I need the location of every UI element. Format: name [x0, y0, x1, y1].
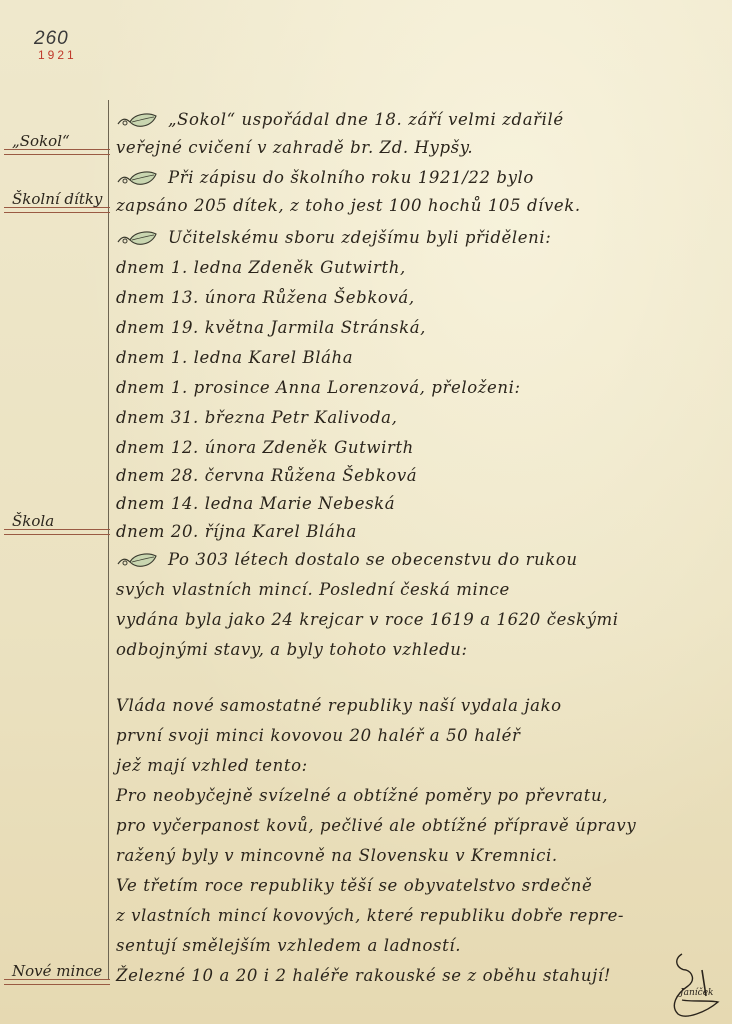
- entry-text: veřejné cvičení v zahradě br. Zd. Hypšy.: [116, 138, 473, 157]
- entry-text: jež mají vzhled tento:: [116, 756, 308, 775]
- entry-text: dnem 1. prosince Anna Lorenzová, přelože…: [116, 378, 521, 397]
- entry-line: Vláda nové samostatné republiky naší vyd…: [116, 696, 562, 715]
- entry-text: sentují smělejším vzhledem a ladností.: [116, 936, 461, 955]
- entry-text: dnem 12. února Zdeněk Gutwirth: [116, 438, 414, 457]
- entry-text: ražený byly v mincovně na Slovensku v Kr…: [116, 846, 558, 865]
- entry-line: dnem 12. února Zdeněk Gutwirth: [116, 438, 414, 457]
- page-number: 260: [34, 28, 69, 50]
- entry-line: „Sokol“ uspořádal dne 18. září velmi zda…: [116, 110, 564, 130]
- entry-line: dnem 20. října Karel Bláha: [116, 522, 357, 541]
- entry-text: Pro neobyčejně svízelné a obtížné poměry…: [116, 786, 608, 805]
- year-stamp: 1921: [38, 48, 77, 62]
- entry-text: vydána byla jako 24 krejcar v roce 1619 …: [116, 610, 619, 629]
- entry-text: Po 303 létech dostalo se obecenstvu do r…: [168, 550, 578, 569]
- entry-text: dnem 31. března Petr Kalivoda,: [116, 408, 397, 427]
- entry-line: ražený byly v mincovně na Slovensku v Kr…: [116, 846, 558, 865]
- margin-label-sokol: „Sokol“: [4, 132, 108, 150]
- entry-line: vydána byla jako 24 krejcar v roce 1619 …: [116, 610, 619, 629]
- margin-label-skolni-ditky: Školní dítky: [4, 190, 108, 208]
- margin-label-text: Nové mince: [12, 962, 102, 980]
- margin-label-text: Škola: [12, 512, 54, 530]
- entry-line: odbojnými stavy, a byly tohoto vzhledu:: [116, 640, 468, 659]
- entry-line: dnem 1. prosince Anna Lorenzová, přelože…: [116, 378, 521, 397]
- entry-text: dnem 19. května Jarmila Stránská,: [116, 318, 426, 337]
- entry-line: dnem 31. března Petr Kalivoda,: [116, 408, 397, 427]
- entry-line: Ve třetím roce republiky těší se obyvate…: [116, 876, 592, 895]
- entry-line: dnem 14. ledna Marie Nebeská: [116, 494, 395, 513]
- margin-rule: [108, 100, 109, 980]
- margin-label-skola: Škola: [4, 512, 108, 530]
- leaf-ornament-icon: [116, 170, 160, 188]
- entry-text: pro vyčerpanost kovů, pečlivé ale obtížn…: [116, 816, 636, 835]
- entry-text: dnem 1. ledna Zdeněk Gutwirth,: [116, 258, 406, 277]
- entry-text: dnem 13. února Růžena Šebková,: [116, 288, 415, 307]
- entry-text: svých vlastních mincí. Poslední česká mi…: [116, 580, 510, 599]
- entry-text: Učitelskému sboru zdejšímu byli přidělen…: [168, 228, 551, 247]
- entry-line: dnem 1. ledna Karel Bláha: [116, 348, 353, 367]
- entry-line: první svoji minci kovovou 20 haléř a 50 …: [116, 726, 521, 745]
- entry-line: svých vlastních mincí. Poslední česká mi…: [116, 580, 510, 599]
- leaf-ornament-icon: [116, 112, 160, 130]
- entry-line: Učitelskému sboru zdejšímu byli přidělen…: [116, 228, 551, 248]
- entry-line: dnem 1. ledna Zdeněk Gutwirth,: [116, 258, 406, 277]
- entry-line: Při zápisu do školního roku 1921/22 bylo: [116, 168, 534, 188]
- entry-line: veřejné cvičení v zahradě br. Zd. Hypšy.: [116, 138, 473, 157]
- signature: Janíček: [662, 950, 726, 1023]
- entry-line: Po 303 létech dostalo se obecenstvu do r…: [116, 550, 578, 570]
- leaf-ornament-icon: [116, 230, 160, 248]
- entry-line: sentují smělejším vzhledem a ladností.: [116, 936, 461, 955]
- double-rule: [4, 207, 110, 213]
- entry-text: Vláda nové samostatné republiky naší vyd…: [116, 696, 562, 715]
- margin-label-text: „Sokol“: [12, 132, 70, 150]
- entry-text: Ve třetím roce republiky těší se obyvate…: [116, 876, 592, 895]
- entry-text: dnem 28. června Růžena Šebková: [116, 466, 417, 485]
- entry-text: zapsáno 205 dítek, z toho jest 100 hochů…: [116, 196, 581, 215]
- entry-line: Pro neobyčejně svízelné a obtížné poměry…: [116, 786, 608, 805]
- entry-text: dnem 20. října Karel Bláha: [116, 522, 357, 541]
- entry-text: odbojnými stavy, a byly tohoto vzhledu:: [116, 640, 468, 659]
- leaf-ornament-icon: [116, 552, 160, 570]
- entry-text: Železné 10 a 20 i 2 haléře rakouské se z…: [116, 966, 611, 985]
- entry-line: dnem 19. května Jarmila Stránská,: [116, 318, 426, 337]
- signature-flourish-icon: [662, 950, 726, 1020]
- entry-line: z vlastních mincí kovových, které republ…: [116, 906, 624, 925]
- entry-text: z vlastních mincí kovových, které republ…: [116, 906, 624, 925]
- double-rule: [4, 979, 110, 985]
- double-rule: [4, 149, 110, 155]
- entry-text: „Sokol“ uspořádal dne 18. září velmi zda…: [168, 110, 564, 129]
- margin-label-text: Školní dítky: [12, 190, 102, 208]
- entry-line: dnem 13. února Růžena Šebková,: [116, 288, 415, 307]
- entry-line: jež mají vzhled tento:: [116, 756, 308, 775]
- entry-text: první svoji minci kovovou 20 haléř a 50 …: [116, 726, 521, 745]
- entry-line: Železné 10 a 20 i 2 haléře rakouské se z…: [116, 966, 611, 985]
- entry-text: dnem 1. ledna Karel Bláha: [116, 348, 353, 367]
- entry-line: zapsáno 205 dítek, z toho jest 100 hochů…: [116, 196, 581, 215]
- margin-label-nove-mince: Nové mince: [4, 962, 108, 980]
- entry-text: dnem 14. ledna Marie Nebeská: [116, 494, 395, 513]
- entry-line: pro vyčerpanost kovů, pečlivé ale obtížn…: [116, 816, 636, 835]
- entry-text: Při zápisu do školního roku 1921/22 bylo: [168, 168, 534, 187]
- ledger-page: 260 1921 „Sokol“ Školní dítky Škola Nové…: [0, 0, 732, 1024]
- double-rule: [4, 529, 110, 535]
- signature-text: Janíček: [680, 988, 713, 998]
- entry-line: dnem 28. června Růžena Šebková: [116, 466, 417, 485]
